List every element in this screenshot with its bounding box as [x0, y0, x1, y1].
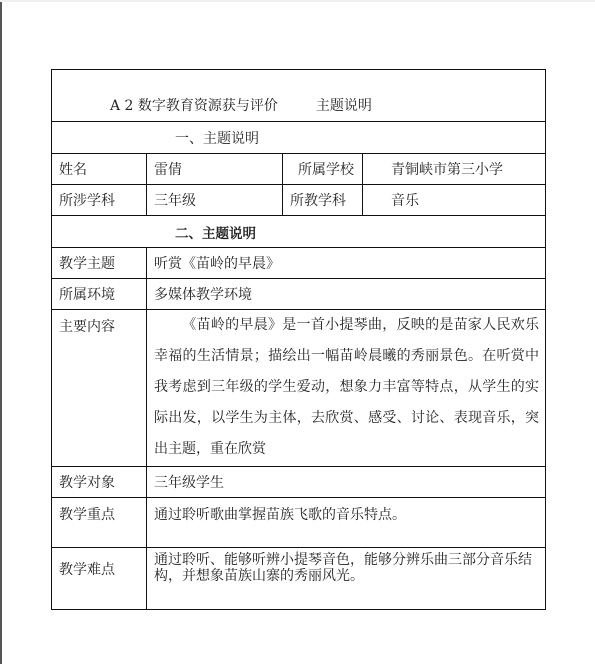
teaching-subject-value: 音乐 [363, 185, 546, 216]
info-row-2: 所涉学科 三年级 所教学科 音乐 [52, 185, 546, 216]
difficulties-value: 通过聆听、能够听辨小提琴音色，能够分辨乐曲三部分音乐结构，并想象苗族山寨的秀丽风… [147, 548, 546, 610]
section1-row: 一、主题说明 [52, 122, 546, 154]
key-points-label: 教学重点 [52, 498, 147, 548]
row-main-content: 主要内容 《苗岭的早晨》是一首小提琴曲，反映的是苗家人民欢乐幸福的生活情景；描绘… [52, 310, 546, 467]
title-right: 主题说明 [316, 98, 372, 114]
section2-heading-text: 二、主题说明 [175, 226, 256, 242]
info-row-1: 姓名 雷倩 所属学校 青铜峡市第三小学 [52, 154, 546, 185]
subject-value: 三年级 [147, 185, 283, 216]
main-content-cell: 《苗岭的早晨》是一首小提琴曲，反映的是苗家人民欢乐幸福的生活情景；描绘出一幅苗岭… [147, 310, 546, 467]
document-title: A 2 数字教育资源获与评价主题说明 [52, 70, 546, 122]
title-row: A 2 数字教育资源获与评价主题说明 [52, 70, 546, 122]
row-difficulties: 教学难点 通过聆听、能够听辨小提琴音色，能够分辨乐曲三部分音乐结构，并想象苗族山… [52, 548, 546, 610]
school-label: 所属学校 [283, 154, 363, 185]
name-label: 姓名 [52, 154, 147, 185]
audience-label: 教学对象 [52, 467, 147, 498]
subject-label: 所涉学科 [52, 185, 147, 216]
environment-label: 所属环境 [52, 279, 147, 310]
window-left-border [0, 0, 2, 664]
audience-value: 三年级学生 [147, 467, 546, 498]
section2-heading: 二、主题说明 [52, 216, 546, 248]
difficulties-label: 教学难点 [52, 548, 147, 610]
teaching-theme-value: 听赏《苗岭的早晨》 [147, 248, 546, 279]
row-key-points: 教学重点 通过聆听歌曲掌握苗族飞歌的音乐特点。 [52, 498, 546, 548]
main-content-label: 主要内容 [52, 310, 147, 467]
row-teaching-theme: 教学主题 听赏《苗岭的早晨》 [52, 248, 546, 279]
title-left: A 2 数字教育资源获与评价 [110, 98, 278, 114]
key-points-value: 通过聆听歌曲掌握苗族飞歌的音乐特点。 [147, 498, 546, 548]
window-top-border [0, 0, 595, 2]
section1-heading: 一、主题说明 [52, 122, 546, 154]
teaching-theme-label: 教学主题 [52, 248, 147, 279]
row-environment: 所属环境 多媒体教学环境 [52, 279, 546, 310]
environment-value: 多媒体教学环境 [147, 279, 546, 310]
school-value: 青铜峡市第三小学 [363, 154, 546, 185]
theme-description-table: A 2 数字教育资源获与评价主题说明 一、主题说明 姓名 雷倩 所属学校 青铜峡… [51, 69, 546, 610]
section2-row: 二、主题说明 [52, 216, 546, 248]
teaching-subject-label: 所教学科 [283, 185, 363, 216]
main-content-value: 《苗岭的早晨》是一首小提琴曲，反映的是苗家人民欢乐幸福的生活情景；描绘出一幅苗岭… [154, 317, 539, 457]
row-audience: 教学对象 三年级学生 [52, 467, 546, 498]
name-value: 雷倩 [147, 154, 283, 185]
